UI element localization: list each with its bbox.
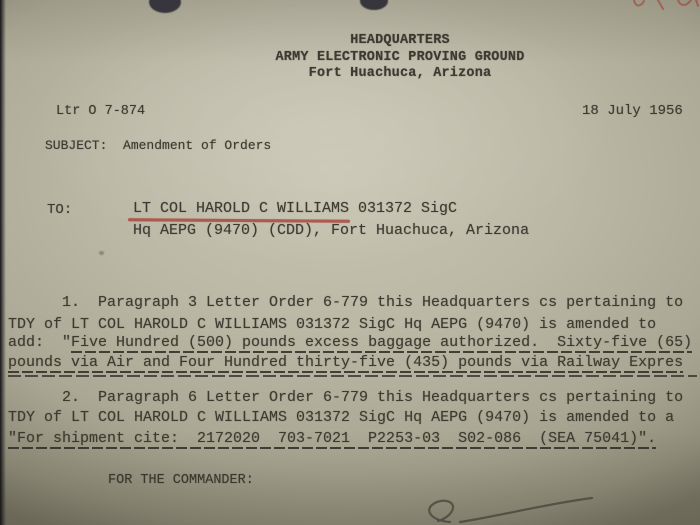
addressee-unit: Hq AEPG (9470) (CDD), Fort Huachuca, Ari… xyxy=(133,222,529,241)
para1-line4: pounds via Air and Four Hundred thirty-f… xyxy=(8,354,683,373)
typed-underline-rule xyxy=(8,375,697,377)
para1-line3-underlined-text: Five Hundred (500) pounds excess baggage… xyxy=(71,334,692,353)
para2-line3-underlined-text: "For shipment cite: 2172020 703-7021 P22… xyxy=(8,430,656,449)
paper-smudge xyxy=(99,251,104,255)
para1-line4-underlined-text: pounds via Air and Four Hundred thirty-f… xyxy=(8,354,683,373)
para1-line3-prefix: add: " xyxy=(8,334,71,351)
document-date: 18 July 1956 xyxy=(582,103,683,121)
signature-scribble xyxy=(420,494,598,525)
red-corner-writing xyxy=(628,0,700,13)
photo-edge-shadow xyxy=(0,0,6,525)
document-photo: HEADQUARTERS ARMY ELECTRONIC PROVING GRO… xyxy=(0,0,700,525)
para2-line1: 2. Paragraph 6 Letter Order 6-779 this H… xyxy=(8,389,683,408)
punch-hole-shadow-right xyxy=(360,0,388,10)
letterhead-line2: ARMY ELECTRONIC PROVING GROUND xyxy=(230,50,570,67)
para1-line3: add: "Five Hundred (500) pounds excess b… xyxy=(8,334,692,353)
to-label: TO: xyxy=(47,202,72,220)
punch-hole-shadow-left xyxy=(149,0,181,13)
para2-line3: "For shipment cite: 2172020 703-7021 P22… xyxy=(8,430,656,449)
para1-line1: 1. Paragraph 3 Letter Order 6-779 this H… xyxy=(8,294,683,313)
addressee-name: LT COL HAROLD C WILLIAMS 031372 SigC xyxy=(133,200,457,219)
closing-line: FOR THE COMMANDER: xyxy=(108,473,254,490)
subject-line: SUBJECT: Amendment of Orders xyxy=(45,138,271,154)
reference-number: Ltr O 7-874 xyxy=(56,104,145,121)
letterhead-line3: Fort Huachuca, Arizona xyxy=(230,66,570,83)
para2-line2: TDY of LT COL HAROLD C WILLIAMS 031372 S… xyxy=(8,409,674,428)
para1-line2: TDY of LT COL HAROLD C WILLIAMS 031372 S… xyxy=(8,316,656,335)
letterhead: HEADQUARTERS ARMY ELECTRONIC PROVING GRO… xyxy=(230,33,570,83)
letterhead-line1: HEADQUARTERS xyxy=(230,33,570,50)
